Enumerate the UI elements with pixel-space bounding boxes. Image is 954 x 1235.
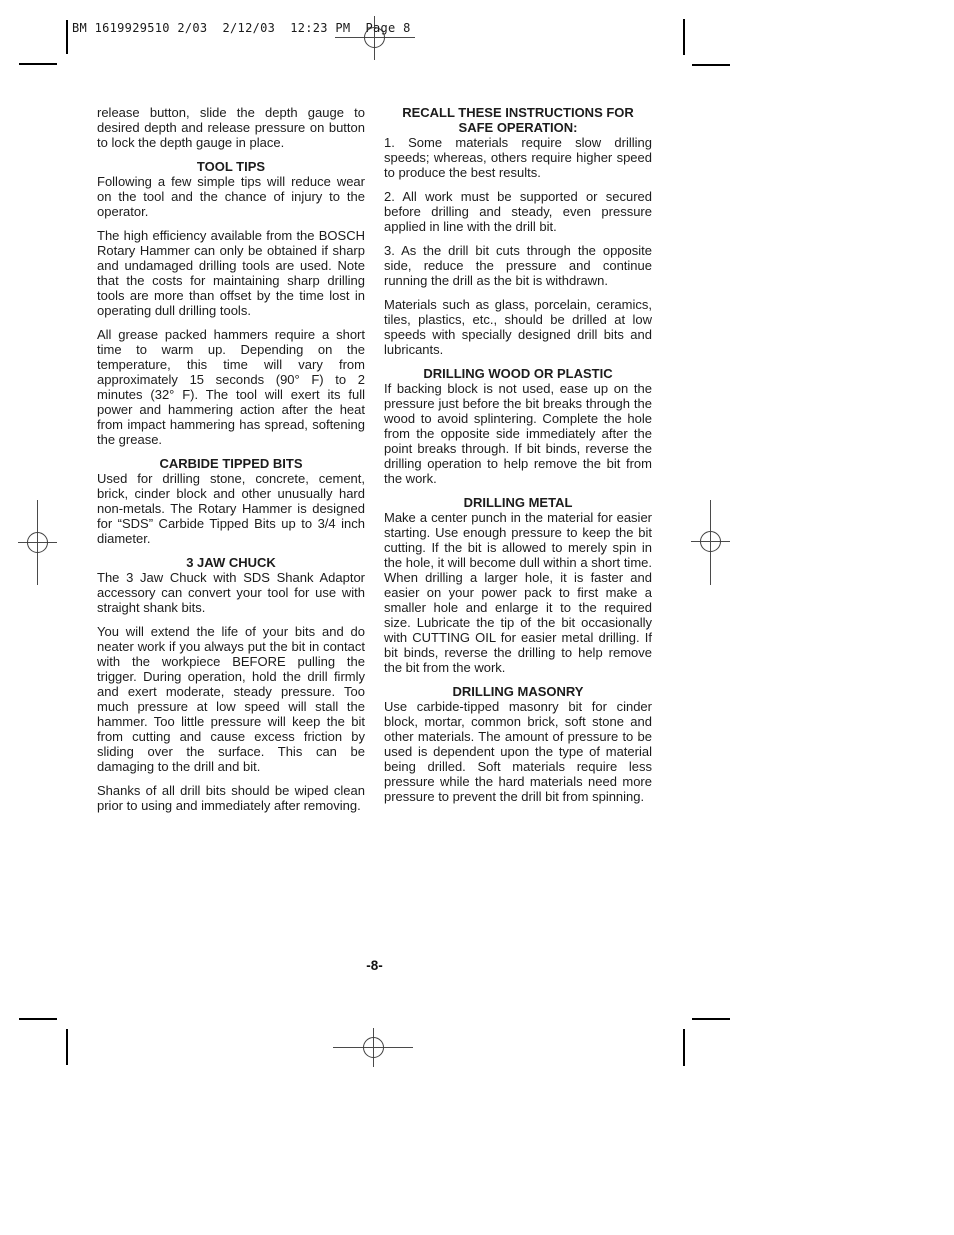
reg-circle: [363, 1037, 384, 1058]
section-heading: RECALL THESE INSTRUCTIONS FOR SAFE OPERA…: [384, 105, 652, 135]
paragraph: All grease packed hammers require a shor…: [97, 327, 365, 447]
paragraph: release button, slide the depth gauge to…: [97, 105, 365, 150]
paragraph: Use carbide-tipped masonry bit for cinde…: [384, 699, 652, 804]
paragraph: The 3 Jaw Chuck with SDS Shank Adaptor a…: [97, 570, 365, 615]
section-heading: 3 JAW CHUCK: [97, 555, 365, 570]
crop-mark-top-left-vertical: [66, 20, 68, 54]
print-slug-text: BM 1619929510 2/03 2/12/03 12:23 PM Page…: [72, 21, 411, 35]
paragraph: The high efficiency available from the B…: [97, 228, 365, 318]
paragraph: If backing block is not used, ease up on…: [384, 381, 652, 486]
page-content: release button, slide the depth gauge to…: [97, 105, 652, 822]
section-heading: TOOL TIPS: [97, 159, 365, 174]
paragraph: 2. All work must be supported or secured…: [384, 189, 652, 234]
paragraph: Following a few simple tips will reduce …: [97, 174, 365, 219]
section-heading: CARBIDE TIPPED BITS: [97, 456, 365, 471]
paragraph: Shanks of all drill bits should be wiped…: [97, 783, 365, 813]
paragraph: 3. As the drill bit cuts through the opp…: [384, 243, 652, 288]
reg-circle: [700, 531, 721, 552]
paragraph: 1. Some materials require slow drilling …: [384, 135, 652, 180]
crop-mark-top-right-horizontal: [692, 64, 730, 66]
left-column: release button, slide the depth gauge to…: [97, 105, 365, 822]
crop-mark-bottom-left-horizontal: [19, 1018, 57, 1020]
paragraph: Materials such as glass, porcelain, cera…: [384, 297, 652, 357]
paragraph: You will extend the life of your bits an…: [97, 624, 365, 774]
crop-mark-bottom-left-vertical: [66, 1029, 68, 1065]
paragraph: Used for drilling stone, concrete, cemen…: [97, 471, 365, 546]
reg-circle: [27, 532, 48, 553]
section-heading: DRILLING WOOD OR PLASTIC: [384, 366, 652, 381]
manual-page: BM 1619929510 2/03 2/12/03 12:23 PM Page…: [0, 0, 954, 1235]
right-column: RECALL THESE INSTRUCTIONS FOR SAFE OPERA…: [384, 105, 652, 822]
paragraph: Make a center punch in the material for …: [384, 510, 652, 675]
section-heading: DRILLING MASONRY: [384, 684, 652, 699]
page-number: -8-: [97, 958, 652, 973]
crop-mark-top-right-vertical: [683, 19, 685, 55]
section-heading: DRILLING METAL: [384, 495, 652, 510]
crop-mark-bottom-right-vertical: [683, 1029, 685, 1066]
crop-mark-top-left-horizontal: [19, 63, 57, 65]
crop-mark-bottom-right-horizontal: [692, 1018, 730, 1020]
